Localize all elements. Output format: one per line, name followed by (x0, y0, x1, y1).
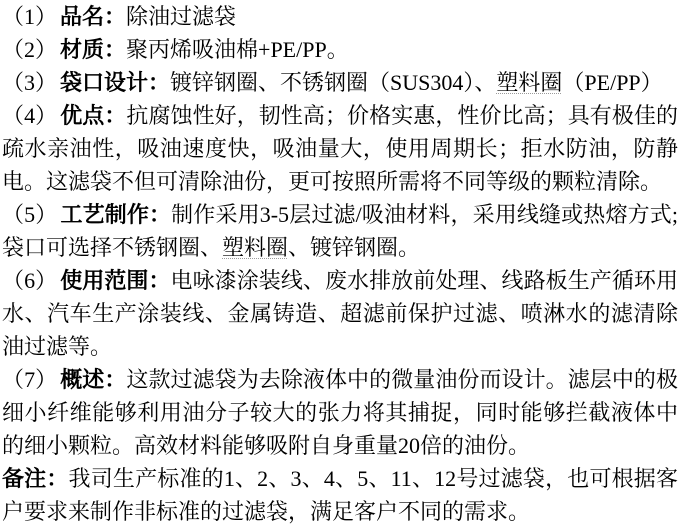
item-label: 概述： (60, 367, 126, 392)
item-text: 聚丙烯吸油棉+PE/PP。 (126, 37, 349, 62)
item-label: 备注： (2, 466, 69, 491)
item-label: 袋口设计： (60, 70, 170, 95)
item-text: 、镀锌钢圈。 (288, 235, 420, 260)
item-number: （4） (2, 103, 57, 128)
spec-item-product-name: （1）品名：除油过滤袋 (2, 0, 678, 33)
item-label: 工艺制作： (60, 202, 171, 227)
item-text: 镀锌钢圈、不锈钢圈（SUS304）、 (170, 70, 496, 95)
item-number: （6） (2, 268, 57, 293)
item-label: 材质： (60, 37, 126, 62)
item-number: （1） (2, 4, 57, 29)
item-text: 我司生产标准的1、2、3、4、5、11、12号过滤袋，也可根据客户要求来制作非标… (2, 466, 678, 524)
spec-item-application-range: （6）使用范围：电咏漆涂装线、废水排放前处理、线路板生产循环用水、汽车生产涂装线… (2, 264, 678, 363)
item-text-underlined: 塑料圈 (496, 70, 562, 95)
item-number: （3） (2, 70, 57, 95)
item-label: 优点： (60, 103, 126, 128)
item-number: （7） (2, 367, 57, 392)
spec-item-bag-mouth-design: （3）袋口设计：镀锌钢圈、不锈钢圈（SUS304）、塑料圈（PE/PP） (2, 66, 678, 99)
item-label: 品名： (60, 4, 126, 29)
spec-item-remarks: 备注：我司生产标准的1、2、3、4、5、11、12号过滤袋，也可根据客户要求来制… (2, 462, 678, 528)
item-number: （2） (2, 37, 57, 62)
item-text: 除油过滤袋 (126, 4, 236, 29)
spec-item-advantages: （4）优点：抗腐蚀性好，韧性高；价格实惠，性价比高；具有极佳的疏水亲油性，吸油速… (2, 99, 678, 198)
product-spec-document: （1）品名：除油过滤袋 （2）材质：聚丙烯吸油棉+PE/PP。 （3）袋口设计：… (0, 0, 680, 529)
item-text: （PE/PP） (562, 70, 662, 95)
item-text-underlined: 塑料圈 (222, 235, 288, 260)
spec-item-overview: （7）概述：这款过滤袋为去除液体中的微量油份而设计。滤层中的极细小纤维能够利用油… (2, 363, 678, 462)
item-label: 使用范围： (60, 268, 170, 293)
item-number: （5） (2, 202, 57, 227)
spec-item-craftsmanship: （5）工艺制作：制作采用3-5层过滤/吸油材料，采用线缝或热熔方式;袋口可选择不… (2, 198, 678, 264)
spec-item-material: （2）材质：聚丙烯吸油棉+PE/PP。 (2, 33, 678, 66)
